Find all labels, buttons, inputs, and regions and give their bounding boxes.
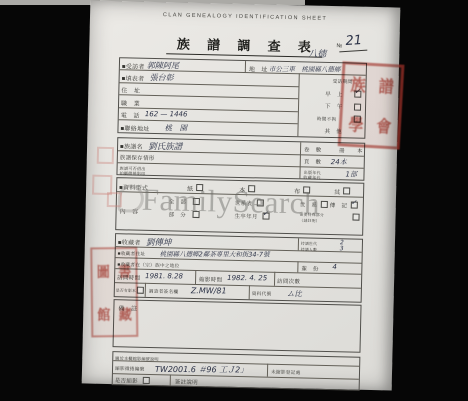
line <box>267 364 268 377</box>
type-other-label: 其 <box>334 187 341 196</box>
section-genealogy-book: ■族譜名 劉氏族譜 卷 數 冊 本 族譜保存情形 頁 數 24本 族譜可否借出 … <box>116 137 365 181</box>
book-keeping-label: 族譜保存情形 <box>120 153 155 162</box>
rank-label: 輩 份 <box>301 264 319 272</box>
type-cloth-label: 布 <box>294 186 301 195</box>
content-special-note-line2: （請註明） <box>299 217 319 223</box>
checkbox-content-part <box>192 211 199 218</box>
english-header: CLAN GENEALOGY IDENTIFICATION SHEET <box>90 11 400 24</box>
checkmark: ✓ <box>263 209 269 217</box>
line <box>299 142 301 178</box>
rank-handwriting: 4 <box>332 263 337 271</box>
contact-address-handwriting: 桃 園 <box>164 122 187 133</box>
page-title: 族 譜 調 查 表 <box>167 33 322 58</box>
phone-handwriting: 162 — 1446 <box>145 110 188 118</box>
checkbox-content-special <box>352 213 359 220</box>
interviewee-name-handwriting: 郭陳阿尾 <box>147 60 179 71</box>
checkbox-type-paper <box>196 184 203 191</box>
checkbox-is-filmed <box>143 377 150 384</box>
section-material: ■資料型式 紙 本 布 其 內 容 全 部 部 分 世系表 生卒年月 ✓ 世 系… <box>115 177 364 236</box>
line <box>119 94 298 99</box>
film-date-label: 縮影時間 <box>199 275 222 284</box>
seal-character: 族 <box>350 73 366 97</box>
checkbox-content-dates: ✓ <box>262 212 269 219</box>
type-paper-label: 紙 <box>187 183 194 192</box>
line <box>298 238 299 250</box>
visit-date-handwriting: 1981. 8.28 <box>145 272 183 280</box>
pages-label: 頁 數 <box>304 157 322 165</box>
red-seal-stamp-top-right: 族 譜 學 會 <box>338 61 405 149</box>
checkbox-type-cloth <box>303 186 310 193</box>
occupation-label: 職 業 <box>121 98 140 107</box>
content-pedigree-label: 世系表 <box>235 198 253 206</box>
surveyor-signature-handwriting: Z.MW/81 <box>191 286 227 295</box>
option-anytime-label: 時間不拘 <box>317 115 337 122</box>
line <box>274 272 275 286</box>
genealogy-sheet-paper: CLAN GENEALOGY IDENTIFICATION SHEET 族 譜 … <box>82 1 401 391</box>
surveyor-sign-label: 調查者簽名欄 <box>149 288 179 295</box>
line <box>120 82 299 87</box>
not-filmed-label: 未縮影登記處 <box>271 368 301 375</box>
faint-seal-fragment <box>97 147 114 164</box>
seal-character: 譜 <box>378 75 394 99</box>
content-dates-label: 生卒年月 <box>234 211 257 220</box>
interviewee-label: ■受訪者 <box>122 61 145 71</box>
form-filler-handwriting: 張台彰 <box>150 72 174 83</box>
checkbox-type-book <box>248 185 255 192</box>
volume-unit2-label: 本 <box>357 147 363 155</box>
content-lineage-label: 世 系 <box>300 200 318 208</box>
residence-label: 住 址 <box>121 85 140 94</box>
section-remarks: 備 註 <box>113 299 362 353</box>
line <box>297 261 298 272</box>
form-filler-label: ■填表者 <box>122 73 145 83</box>
contact-address-label: ■聯絡地址 <box>120 123 149 133</box>
seal-character: 館 <box>97 303 110 324</box>
line <box>118 162 364 169</box>
handwritten-sheet-number: 21 <box>345 33 362 49</box>
handwritten-locality: 八德 <box>308 47 326 60</box>
date-handwriting: 1部 <box>345 169 357 179</box>
seal-character: 圖 <box>97 260 110 281</box>
seal-character: 藏 <box>119 303 132 324</box>
holder-count-label: 持譜人數 <box>301 246 317 252</box>
section-interviewee: ■受訪者 郭陳阿尾 地 址 市公三車 桃園縣八德鄉 ■填表者 張台彰 住 址 職… <box>117 57 367 139</box>
holder-label: ■收藏者 <box>118 237 141 247</box>
microfilm-header-label: 關於本欄縮影編號說明 <box>115 355 159 362</box>
collect-year-label: 收藏年代 <box>303 174 321 180</box>
line <box>249 285 250 299</box>
checkbox-has-copy <box>137 287 144 294</box>
type-book-label: 本 <box>239 184 246 193</box>
holder-address-handwriting: 桃園縣八德鄉2鄰茶専里大和街34-7號 <box>160 249 270 259</box>
seal-character: 學 <box>348 112 364 136</box>
film-date-handwriting: 1982. 4. 25 <box>227 274 267 282</box>
section-holder: ■收藏者 劉傳坤 持譜世代 2 持譜人數 3 ■收藏者住址 桃園縣八德鄉2鄰茶専… <box>114 233 363 303</box>
address-handwriting: 市公三車 桃園縣八德鄉 <box>269 64 341 73</box>
visit-times-label: 訪問次數 <box>277 276 300 285</box>
line <box>170 374 171 385</box>
code-handwriting: ム比 <box>287 288 302 299</box>
volume-unit1-label: 冊 <box>339 146 345 154</box>
address-label: 地 址 <box>249 64 268 73</box>
code-label: 資料代號 <box>252 290 272 297</box>
checkbox-type-other <box>343 187 350 194</box>
content-biography-label: 傳 記 <box>330 201 348 209</box>
holder-count-handwriting: 3 <box>340 245 344 252</box>
line <box>145 283 146 297</box>
phone-label: 電 話 <box>121 110 140 119</box>
checkbox-content-all <box>193 198 200 205</box>
line <box>245 61 246 72</box>
book-title-label: ■族譜名 <box>120 141 143 151</box>
content-all-label: 全 部 <box>169 197 187 205</box>
film-number-handwriting: TW2001.6 ＃96 工Ｊ2」 <box>155 363 248 374</box>
seal-character: 書 <box>118 260 131 281</box>
number-prefix: № <box>336 43 342 49</box>
holder-name-handwriting: 劉傳坤 <box>146 236 172 248</box>
faint-seal-fragment <box>107 192 122 207</box>
book-lend-label-line2: 拍攝微捲影印 <box>119 170 145 177</box>
line <box>195 270 196 284</box>
is-filmed-label: 是否縮影 <box>115 376 138 385</box>
film-note-label: 簽註說明 <box>175 377 198 386</box>
checkbox-content-pedigree <box>257 199 264 206</box>
content-part-label: 部 分 <box>168 210 186 218</box>
checkbox-content-biography: ✓ <box>351 201 358 208</box>
volumes-label: 卷 數 <box>304 145 322 153</box>
section-microfilm: 關於本欄縮影編號說明 縮影微捲編號 TW2001.6 ＃96 工Ｊ2」 未縮影登… <box>112 351 361 391</box>
red-seal-stamp-lower-left: 圖 書 館 藏 <box>90 247 138 338</box>
film-number-label: 縮影微捲編號 <box>115 365 145 372</box>
checkmark: ✓ <box>351 198 357 206</box>
book-title-handwriting: 劉氏族譜 <box>148 140 182 152</box>
pages-handwriting: 24本 <box>331 157 347 167</box>
seal-character: 會 <box>376 114 392 138</box>
content-special-note-line1: 需要特殊部分 <box>300 211 324 217</box>
scanned-document-viewer: CLAN GENEALOGY IDENTIFICATION SHEET 族 譜 … <box>0 0 468 401</box>
line <box>297 73 299 136</box>
checkbox-content-lineage <box>321 201 328 208</box>
